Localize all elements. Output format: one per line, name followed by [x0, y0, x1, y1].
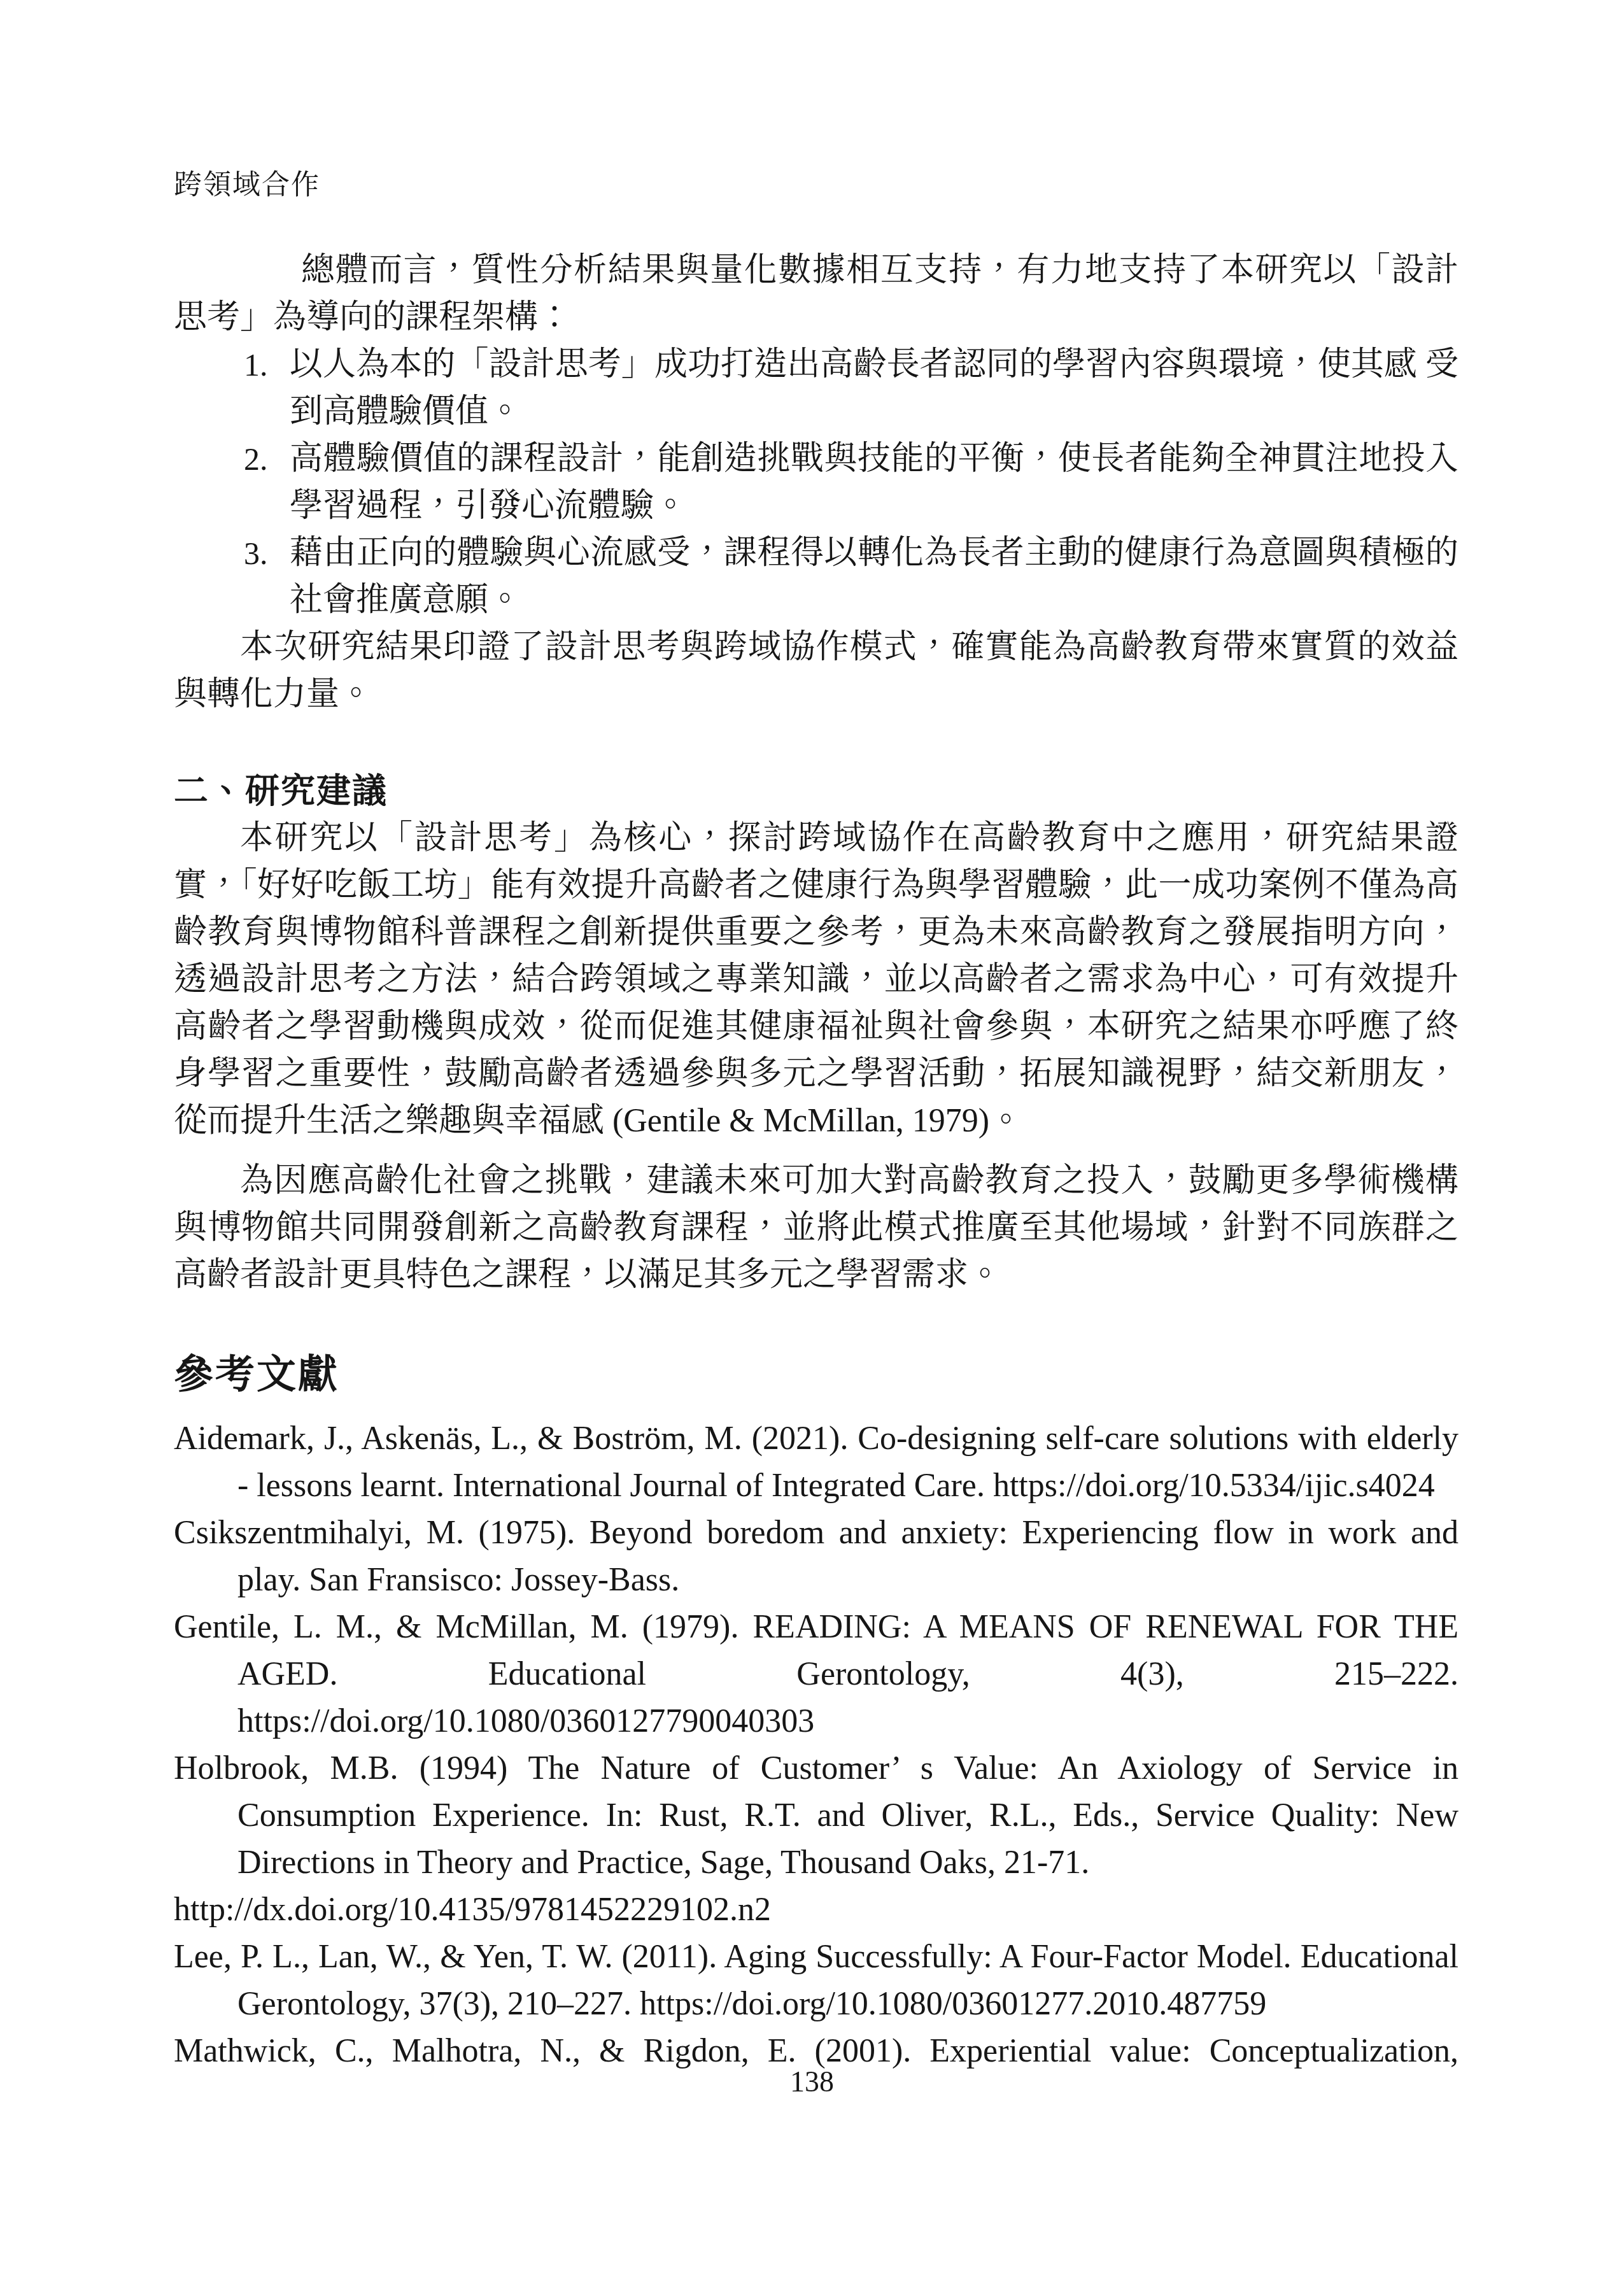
reference-entry: Lee, P. L., Lan, W., & Yen, T. W. (2011)…	[174, 1934, 1458, 2028]
document-page: 跨領域合作 總體而言，質性分析結果與量化數據相互支持，有力地支持了本研究以「設計…	[0, 0, 1624, 2278]
conclusion-numbered-list: 1. 以人為本的「設計思考」成功打造出高齡長者認同的學習內容與環境，使其感 受到…	[244, 341, 1458, 624]
list-item-number: 2.	[244, 435, 290, 530]
reference-entry: Holbrook, M.B. (1994) The Nature of Cust…	[174, 1745, 1458, 1886]
page-content: 跨領域合作 總體而言，質性分析結果與量化數據相互支持，有力地支持了本研究以「設計…	[174, 0, 1458, 2075]
suggestions-paragraph-1: 本研究以「設計思考」為核心，探討跨域協作在高齡教育中之應用，研究結果證實，「好好…	[174, 815, 1458, 1145]
reference-entry: http://dx.doi.org/10.4135/9781452229102.…	[174, 1886, 1458, 1934]
references-heading: 參考文獻	[174, 1347, 1458, 1404]
suggestions-paragraph-2: 為因應高齡化社會之挑戰，建議未來可加大對高齡教育之投入，鼓勵更多學術機構與博物館…	[174, 1157, 1458, 1299]
references-list: Aidemark, J., Askenäs, L., & Boström, M.…	[174, 1415, 1458, 2075]
conclusion-intro-paragraph: 總體而言，質性分析結果與量化數據相互支持，有力地支持了本研究以「設計思考」為導向…	[174, 247, 1458, 341]
running-header: 跨領域合作	[174, 167, 1458, 204]
list-item: 3. 藉由正向的體驗與心流感受，課程得以轉化為長者主動的健康行為意圖與積極的社會…	[244, 530, 1458, 624]
reference-entry: Aidemark, J., Askenäs, L., & Boström, M.…	[174, 1415, 1458, 1510]
list-item: 1. 以人為本的「設計思考」成功打造出高齡長者認同的學習內容與環境，使其感 受到…	[244, 341, 1458, 435]
reference-entry: Gentile, L. M., & McMillan, M. (1979). R…	[174, 1604, 1458, 1745]
reference-entry: Csikszentmihalyi, M. (1975). Beyond bore…	[174, 1510, 1458, 1604]
page-number: 138	[0, 2064, 1624, 2100]
list-item-number: 1.	[244, 341, 290, 435]
list-item-text: 藉由正向的體驗與心流感受，課程得以轉化為長者主動的健康行為意圖與積極的社會推廣意…	[290, 530, 1458, 624]
list-item-text: 高體驗價值的課程設計，能創造挑戰與技能的平衡，使長者能夠全神貫注地投入學習過程，…	[290, 435, 1458, 530]
list-item-text: 以人為本的「設計思考」成功打造出高齡長者認同的學習內容與環境，使其感 受到高體驗…	[290, 341, 1458, 435]
section-heading-research-suggestions: 二、研究建議	[174, 768, 1458, 815]
conclusion-closing-paragraph: 本次研究結果印證了設計思考與跨域協作模式，確實能為高齡教育帶來實質的效益與轉化力…	[174, 624, 1458, 718]
list-item-number: 3.	[244, 530, 290, 624]
list-item: 2. 高體驗價值的課程設計，能創造挑戰與技能的平衡，使長者能夠全神貫注地投入學習…	[244, 435, 1458, 530]
